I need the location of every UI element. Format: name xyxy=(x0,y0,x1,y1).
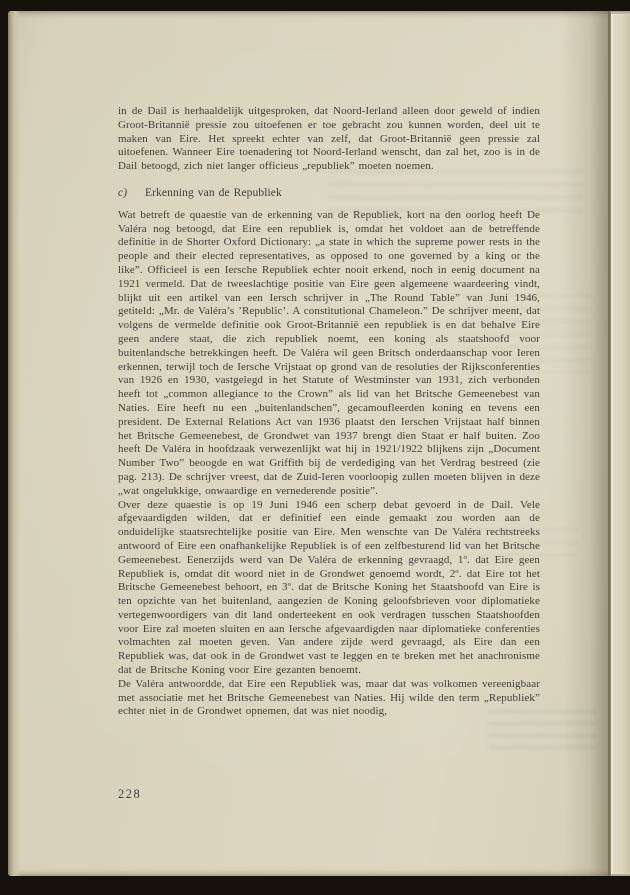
text-block: in de Dail is herhaaldelijk uitgesproken… xyxy=(118,105,540,719)
paragraph-continuation: in de Dail is herhaaldelijk uitgesproken… xyxy=(118,105,540,174)
adjacent-page-edge xyxy=(611,14,630,874)
section-heading-title: Erkenning van de Republiek xyxy=(145,187,282,199)
section-heading: c)Erkenning van de Republiek xyxy=(118,187,540,201)
section-heading-marker: c) xyxy=(118,187,145,201)
paragraph: Over deze quaestie is op 19 Juni 1946 ee… xyxy=(118,499,540,678)
page-number: 228 xyxy=(118,787,141,802)
page-edge-shadow xyxy=(8,11,21,876)
gutter-shadow xyxy=(562,11,608,876)
paragraph: De Valéra antwoordde, dat Eire een Repub… xyxy=(118,678,540,719)
book-page: in de Dail is herhaaldelijk uitgesproken… xyxy=(8,11,630,876)
book-scan-background: in de Dail is herhaaldelijk uitgesproken… xyxy=(0,0,630,895)
paragraph: Wat betreft de quaestie van de erkenning… xyxy=(118,209,540,499)
